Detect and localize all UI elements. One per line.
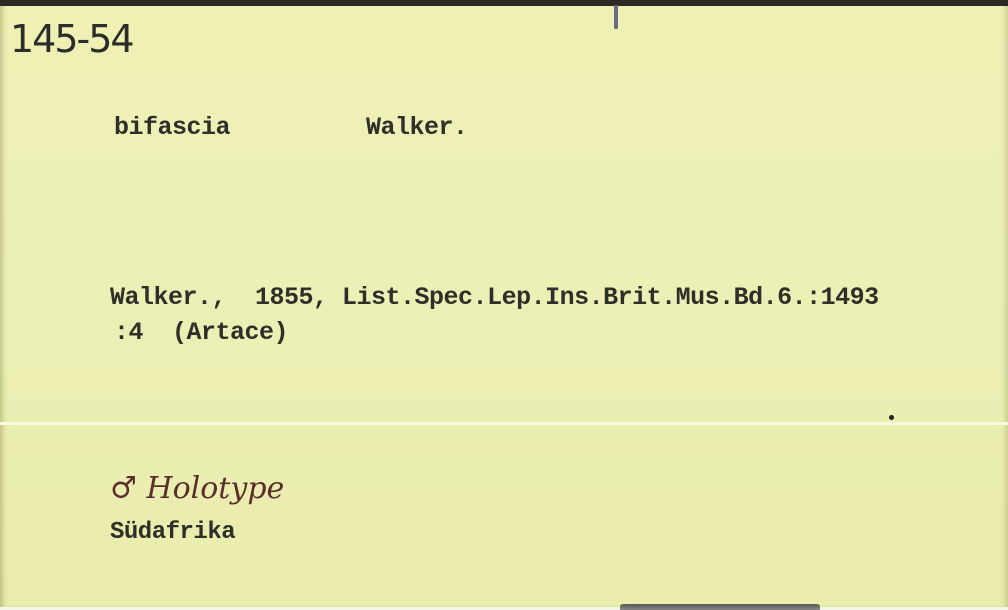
holotype-note: ♂ Holotype: [110, 471, 284, 506]
ink-dot: [889, 415, 894, 420]
reference-line-1: Walker., 1855, List.Spec.Lep.Ins.Brit.Mu…: [110, 283, 879, 312]
tick-mark: [614, 5, 618, 29]
fold-line: [0, 422, 1008, 425]
card-top-edge: [0, 3, 1008, 6]
card-bottom-shadow: [620, 604, 820, 610]
locality: Südafrika: [110, 519, 235, 546]
catalog-number: 145-54: [10, 17, 133, 61]
reference-line-2: :4 (Artace): [114, 318, 288, 347]
species-author: Walker.: [366, 113, 468, 142]
species-name: bifascia: [114, 113, 230, 142]
index-card: 145-54 bifascia Walker. Walker., 1855, L…: [0, 0, 1008, 607]
